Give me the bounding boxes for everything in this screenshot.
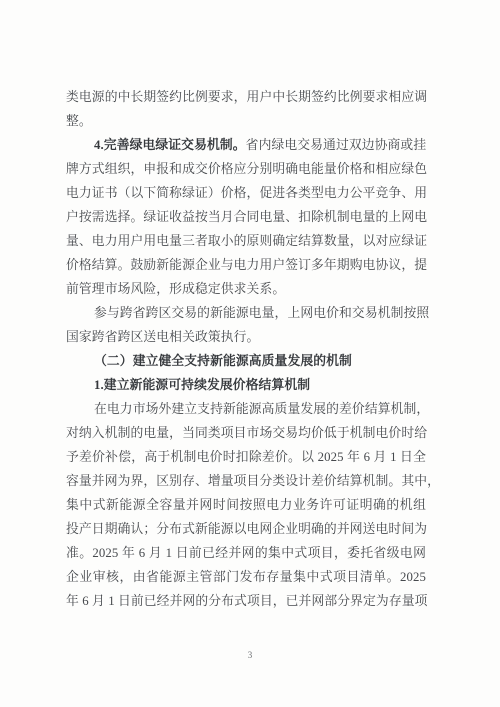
text-line: 予差价补偿，高于机制电价时扣除差价。以 2025 年 6 月 1 日全 — [66, 445, 426, 469]
text-line: 容量并网为界，区别存、增量项目分类设计差价结算机制。其中， — [66, 469, 426, 493]
text-segment: 参与跨省跨区交易的新能源电量，上网电价和交易机制按照 — [94, 306, 429, 320]
text-segment: 在电力市场外建立支持新能源高质量发展的差价结算机制， — [94, 402, 429, 416]
text-segment: 对纳入机制的电量，当同类项目市场交易均价低于机制电价时给 — [66, 426, 427, 440]
page-number: 3 — [0, 650, 500, 660]
text-segment: 类电源的中长期签约比例要求，用户中长期签约比例要求相应调 — [66, 90, 427, 104]
text-segment: 电力证书（以下简称绿证）价格，促进各类型电力公平竞争、用 — [66, 186, 427, 200]
text-line: 1.建立新能源可持续发展价格结算机制 — [66, 373, 426, 397]
text-line: 4.完善绿电绿证交易机制。省内绿电交易通过双边协商或挂 — [66, 133, 426, 157]
bold-text-segment: 1.建立新能源可持续发展价格结算机制 — [94, 378, 310, 392]
text-segment: 容量并网为界，区别存、增量项目分类设计差价结算机制。其中， — [66, 474, 440, 488]
text-line: 户按需选择。绿证收益按当月合同电量、扣除机制电量的上网电 — [66, 205, 426, 229]
text-segment: 年 6 月 1 日前已经并网的分布式项目，已并网部分界定为存量项 — [66, 594, 428, 608]
text-line: 集中式新能源全容量并网时间按照电力业务许可证明确的机组 — [66, 493, 426, 517]
text-segment: 量、电力用户用电量三者取小的原则确定结算数量，以对应绿证 — [66, 234, 427, 248]
text-line: 准。2025 年 6 月 1 日前已经并网的集中式项目，委托省级电网 — [66, 541, 426, 565]
document-body: 类电源的中长期签约比例要求，用户中长期签约比例要求相应调整。4.完善绿电绿证交易… — [66, 85, 426, 613]
text-segment: 集中式新能源全容量并网时间按照电力业务许可证明确的机组 — [66, 498, 426, 512]
text-line: 企业审核，由省能源主管部门发布存量集中式项目清单。2025 — [66, 565, 426, 589]
text-segment: 整。 — [66, 114, 92, 128]
text-line: 投产日期确认；分布式新能源以电网企业明确的并网送电时间为 — [66, 517, 426, 541]
text-line: 电力证书（以下简称绿证）价格，促进各类型电力公平竞争、用 — [66, 181, 426, 205]
text-segment: 投产日期确认；分布式新能源以电网企业明确的并网送电时间为 — [66, 522, 427, 536]
text-line: 对纳入机制的电量，当同类项目市场交易均价低于机制电价时给 — [66, 421, 426, 445]
text-segment: 企业审核，由省能源主管部门发布存量集中式项目清单。2025 — [66, 570, 426, 584]
text-line: （二）建立健全支持新能源高质量发展的机制 — [66, 349, 426, 373]
text-line: 价格结算。鼓励新能源企业与电力用户签订多年期购电协议，提 — [66, 253, 426, 277]
text-line: 前管理市场风险，形成稳定供求关系。 — [66, 277, 426, 301]
bold-text-segment: 4.完善绿电绿证交易机制。 — [94, 138, 246, 152]
text-segment: 价格结算。鼓励新能源企业与电力用户签订多年期购电协议，提 — [66, 258, 427, 272]
text-line: 年 6 月 1 日前已经并网的分布式项目，已并网部分界定为存量项 — [66, 589, 426, 613]
text-line: 牌方式组织，申报和成交价格应分别明确电能量价格和相应绿色 — [66, 157, 426, 181]
text-line: 参与跨省跨区交易的新能源电量，上网电价和交易机制按照 — [66, 301, 426, 325]
text-line: 类电源的中长期签约比例要求，用户中长期签约比例要求相应调 — [66, 85, 426, 109]
text-line: 在电力市场外建立支持新能源高质量发展的差价结算机制， — [66, 397, 426, 421]
document-page: 类电源的中长期签约比例要求，用户中长期签约比例要求相应调整。4.完善绿电绿证交易… — [0, 0, 500, 707]
bold-text-segment: （二）建立健全支持新能源高质量发展的机制 — [94, 354, 352, 368]
text-segment: 予差价补偿，高于机制电价时扣除差价。以 2025 年 6 月 1 日全 — [66, 450, 426, 464]
text-segment: 省内绿电交易通过双边协商或挂 — [246, 138, 427, 152]
text-line: 整。 — [66, 109, 426, 133]
text-segment: 准。2025 年 6 月 1 日前已经并网的集中式项目，委托省级电网 — [66, 546, 426, 560]
text-segment: 户按需选择。绿证收益按当月合同电量、扣除机制电量的上网电 — [66, 210, 427, 224]
text-segment: 前管理市场风险，形成稳定供求关系。 — [66, 282, 285, 296]
text-line: 量、电力用户用电量三者取小的原则确定结算数量，以对应绿证 — [66, 229, 426, 253]
text-line: 国家跨省跨区送电相关政策执行。 — [66, 325, 426, 349]
text-segment: 国家跨省跨区送电相关政策执行。 — [66, 330, 259, 344]
text-segment: 牌方式组织，申报和成交价格应分别明确电能量价格和相应绿色 — [66, 162, 427, 176]
